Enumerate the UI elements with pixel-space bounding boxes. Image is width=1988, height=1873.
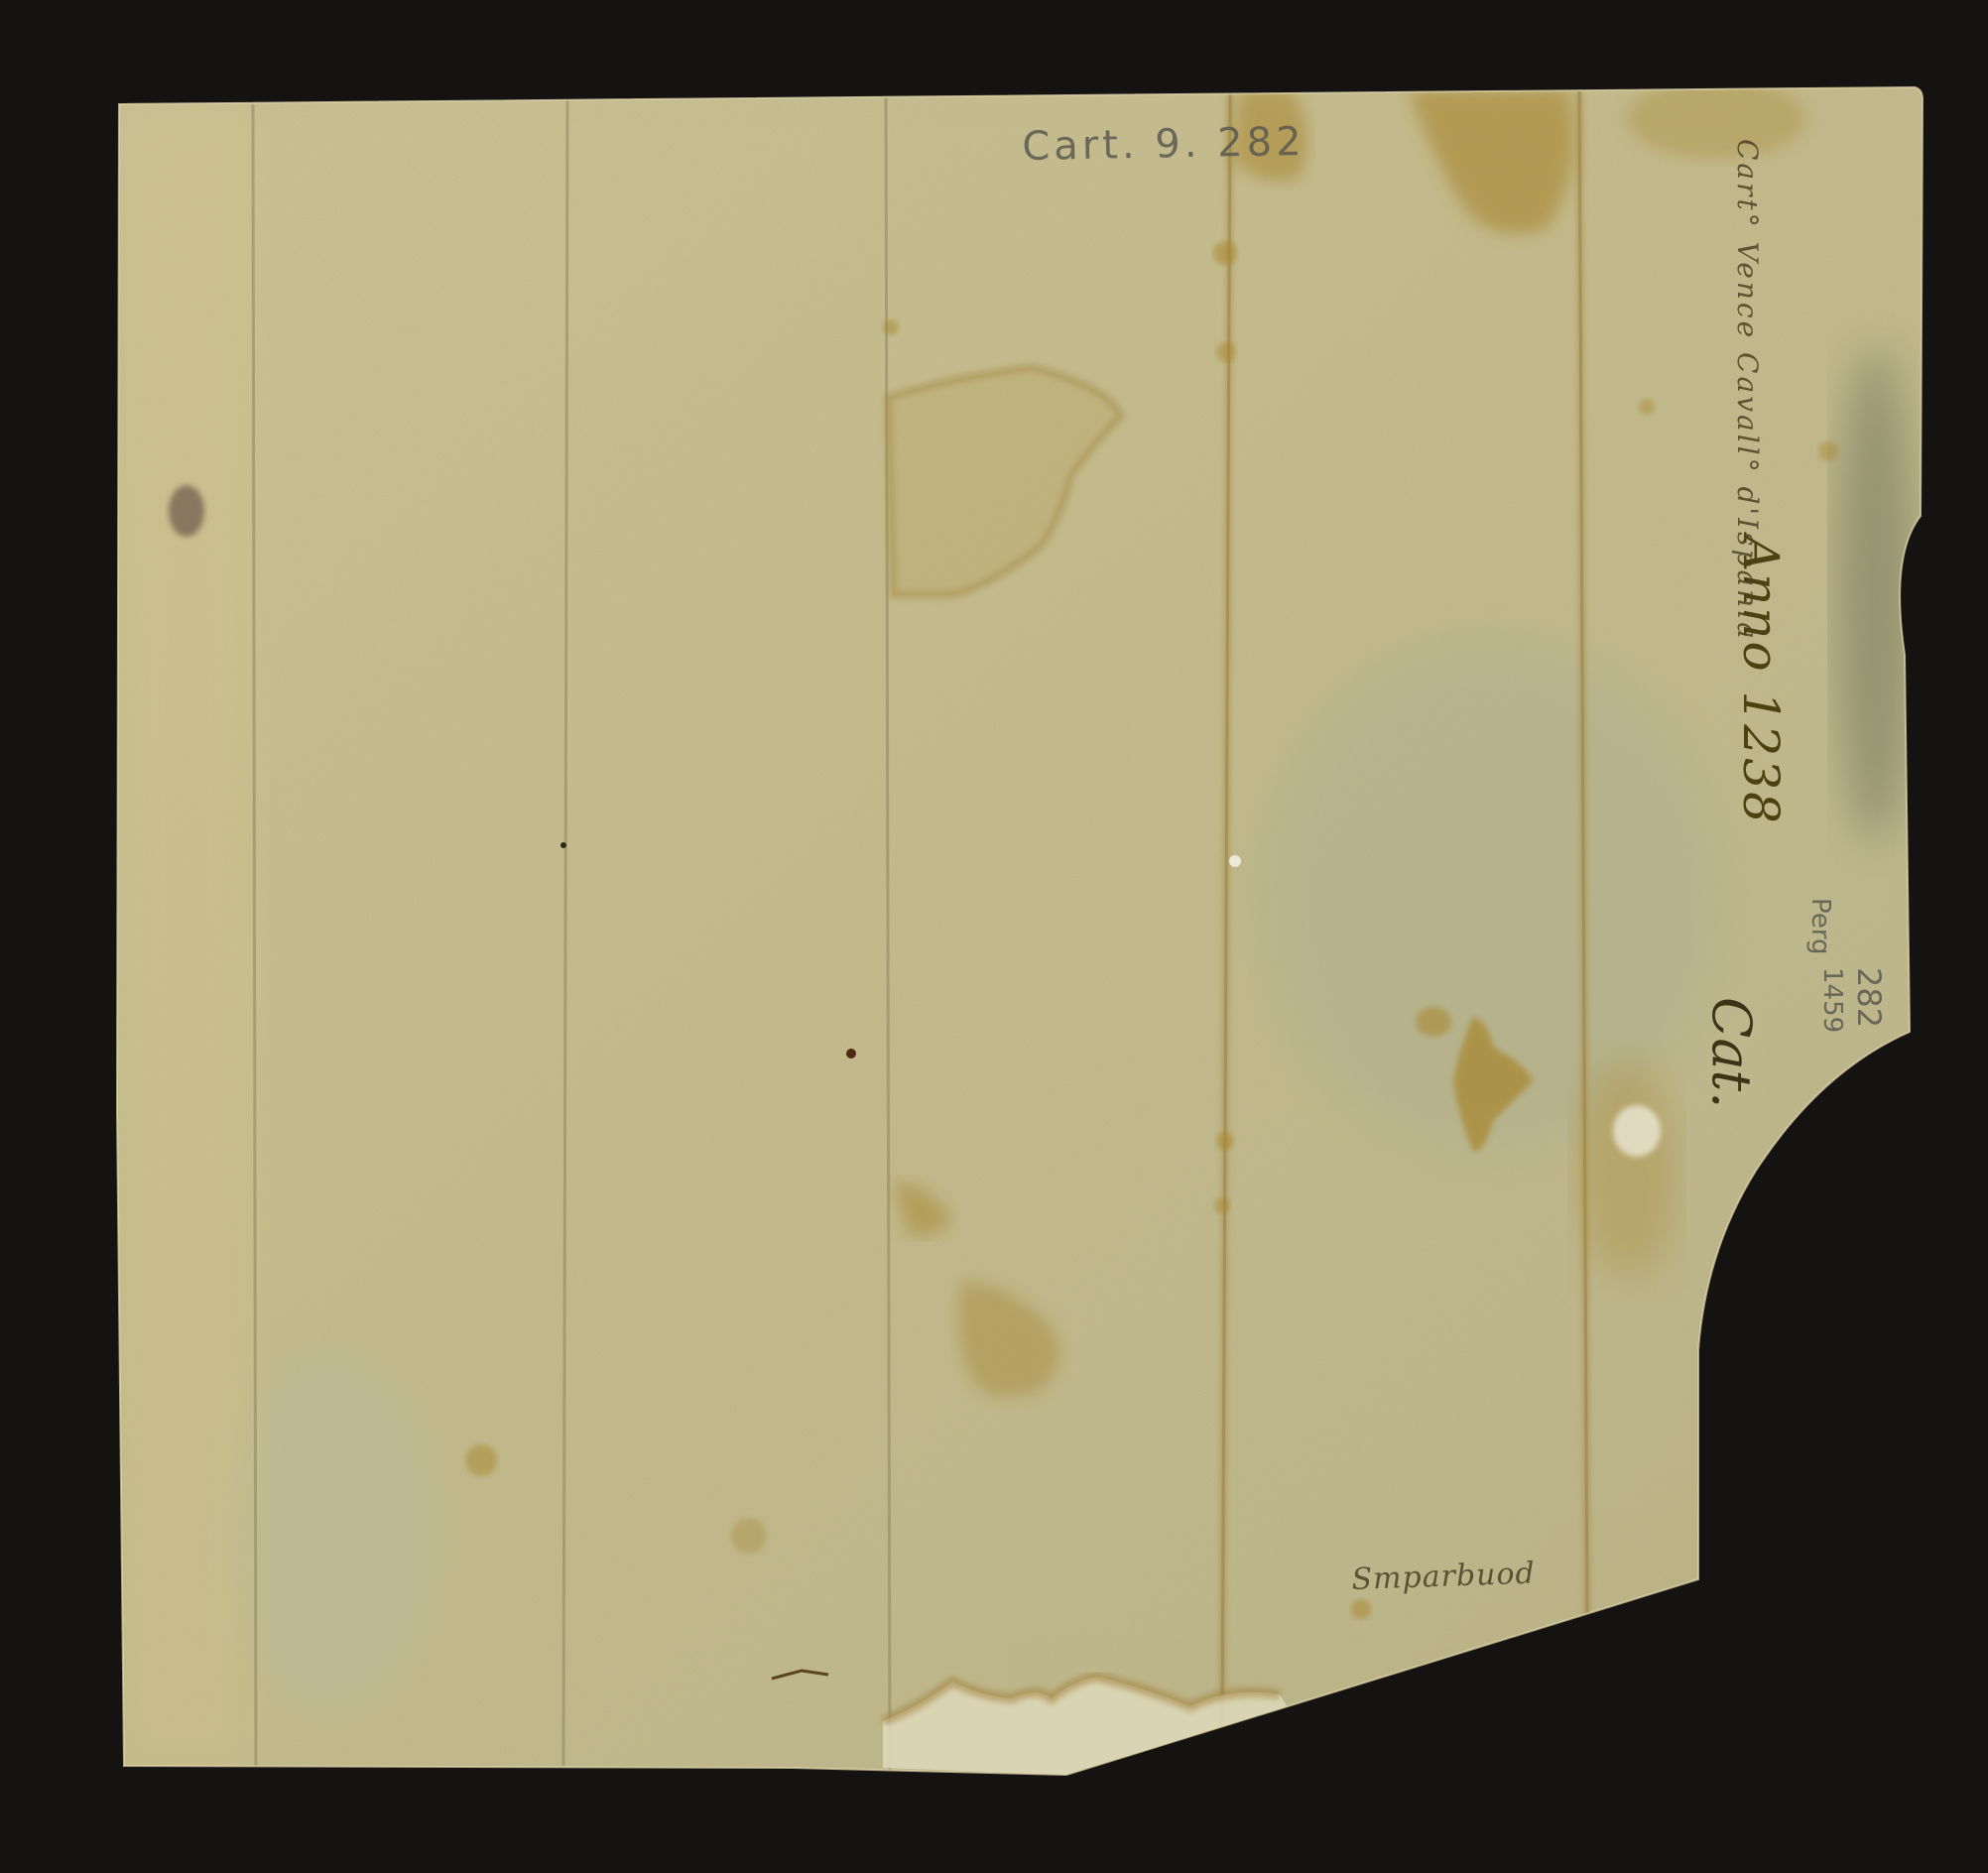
shelfmark-annotation: Cart. 9. 282 — [1022, 122, 1305, 167]
perg-number-annotation: 1459 — [1819, 967, 1845, 1033]
perg-label-annotation: Perg — [1807, 898, 1833, 954]
parchment-scan — [0, 0, 1988, 1873]
cat-mark-annotation: Cat. — [1704, 997, 1758, 1108]
year-annotation: Anno 1238 — [1736, 536, 1786, 825]
bottom-note-annotation: Smparbuod — [1351, 1560, 1536, 1595]
parchment-sheet — [0, 0, 1988, 1873]
number-282-annotation: 282 — [1853, 967, 1885, 1028]
parchment-hole — [1613, 1105, 1661, 1157]
